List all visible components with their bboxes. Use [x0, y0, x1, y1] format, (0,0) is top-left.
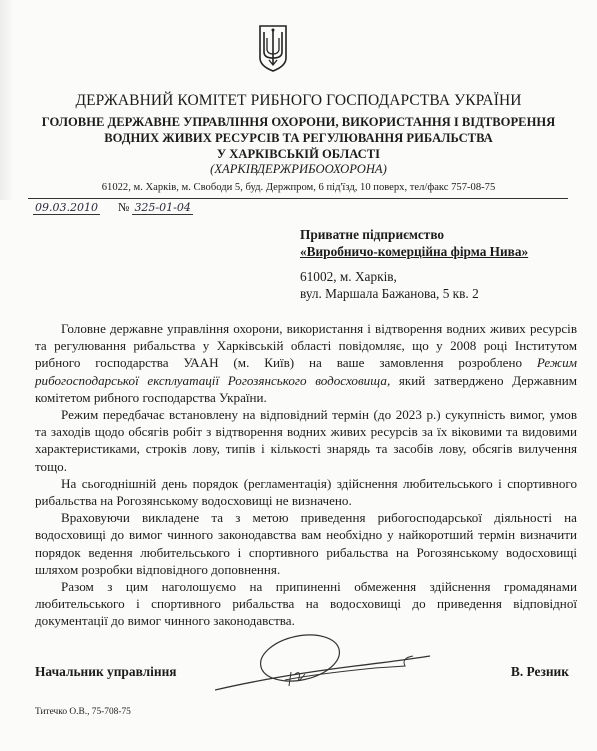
department-name-line3: У ХАРКІВСЬКІЙ ОБЛАСТІ: [0, 147, 597, 162]
signatory-title: Начальник управління: [35, 664, 177, 680]
department-name-line2: ВОДНИХ ЖИВИХ РЕСУРСІВ ТА РЕГУЛЮВАННЯ РИБ…: [0, 131, 597, 146]
recipient-company: «Виробничо-комерційна фірма Нива»: [300, 243, 528, 260]
paragraph-2: Режим передбачає встановлену на відповід…: [35, 406, 577, 475]
recipient-address-street: вул. Маршала Бажанова, 5 кв. 2: [300, 285, 528, 302]
registration-line: 09.03.2010 № 325-01-04: [33, 200, 193, 215]
executor-contact: Титечко О.В., 75-708-75: [35, 707, 131, 717]
letterhead-address: 61022, м. Харків, м. Свободи 5, буд. Дер…: [0, 182, 597, 193]
recipient-block: Приватне підприємство «Виробничо-комерці…: [300, 226, 528, 302]
department-abbreviation: (ХАРКІВДЕРЖРИБООХОРОНА): [0, 162, 597, 177]
handwritten-signature-icon: [215, 628, 475, 708]
registration-date: 09.03.2010: [33, 201, 100, 215]
registration-number: 325-01-04: [132, 201, 192, 215]
paragraph-3: На сьогоднішній день порядок (регламента…: [35, 475, 577, 509]
trident-emblem-icon: [258, 24, 288, 72]
ministry-name: ДЕРЖАВНИЙ КОМІТЕТ РИБНОГО ГОСПОДАРСТВА У…: [0, 92, 597, 110]
paragraph-4: Враховуючи викладене та з метою приведен…: [35, 509, 577, 578]
paragraph-1: Головне державне управління охорони, вик…: [35, 320, 577, 406]
letter-page: ДЕРЖАВНИЙ КОМІТЕТ РИБНОГО ГОСПОДАРСТВА У…: [0, 0, 597, 751]
recipient-address-city: 61002, м. Харків,: [300, 268, 528, 285]
letter-body: Головне державне управління охорони, вик…: [35, 320, 577, 630]
registration-number-label: №: [118, 200, 129, 214]
header-divider: [28, 198, 568, 199]
recipient-type: Приватне підприємство: [300, 226, 528, 243]
department-name-line1: ГОЛОВНЕ ДЕРЖАВНЕ УПРАВЛІННЯ ОХОРОНИ, ВИК…: [0, 115, 597, 130]
paragraph-5: Разом з цим наголошуємо на припиненні об…: [35, 578, 577, 630]
signatory-name: В. Резник: [511, 664, 569, 680]
